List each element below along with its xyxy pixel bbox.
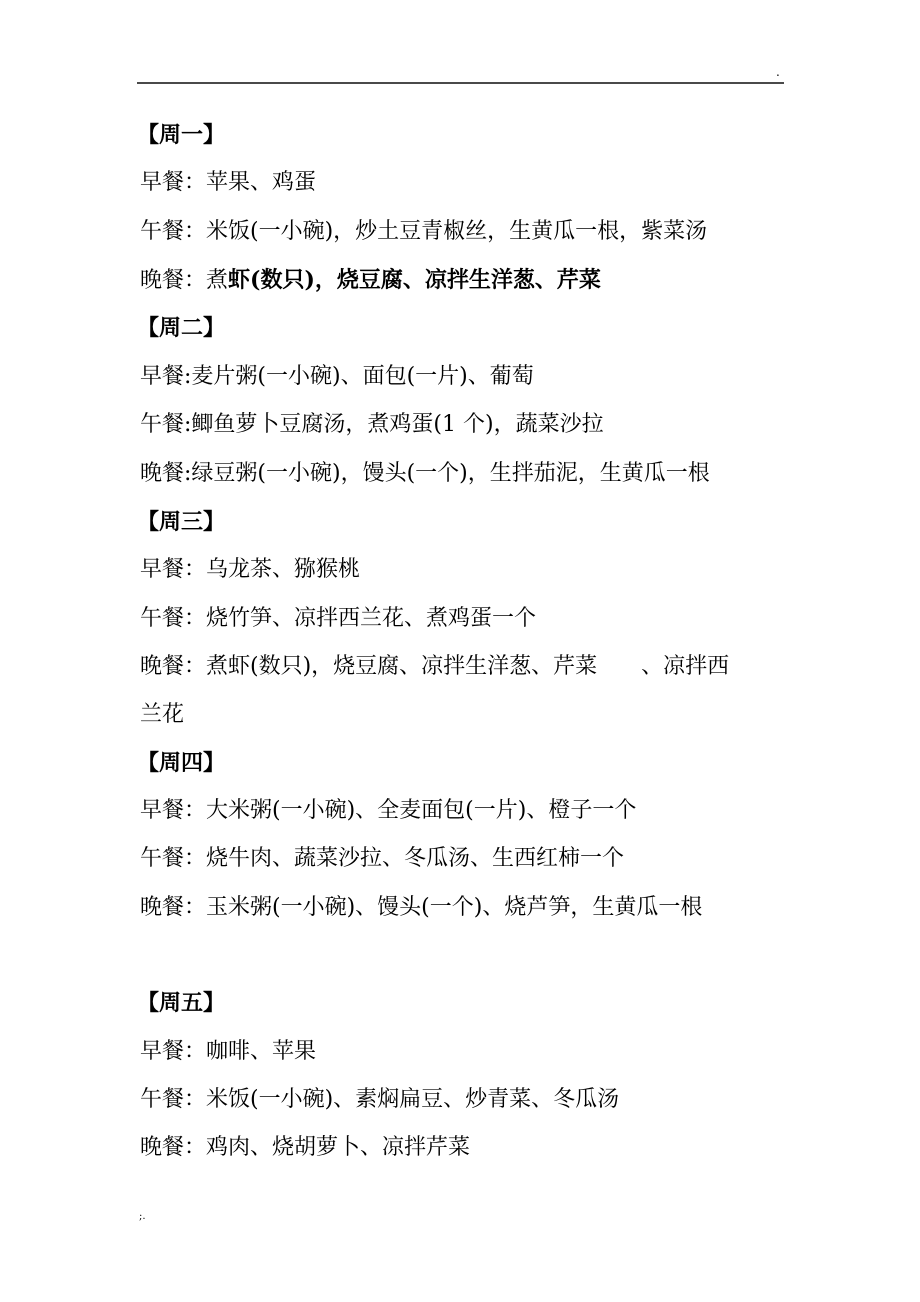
meal-label: 午餐： xyxy=(140,846,206,871)
meal-label: 早餐： xyxy=(140,557,206,582)
meal-text: 苹果、鸡蛋 xyxy=(206,170,316,195)
meal-dinner: 晚餐：玉米粥(一小碗)、馒头(一个)、烧芦笋，生黄瓜一根 xyxy=(140,895,702,921)
meal-text: 麦片粥(一小碗)、面包(一片)、葡萄 xyxy=(191,364,533,389)
meal-breakfast: 早餐:麦片粥(一小碗)、面包(一片)、葡萄 xyxy=(140,364,534,390)
header-rule xyxy=(137,82,784,84)
meal-label: 晚餐： xyxy=(140,654,206,679)
meal-label: 午餐： xyxy=(140,219,206,244)
meal-text: 鲫鱼萝卜豆腐汤，煮鸡蛋(1 个)，蔬菜沙拉 xyxy=(191,412,603,437)
meal-dinner: 晚餐：煮虾(数只)，烧豆腐、凉拌生洋葱、芹菜 xyxy=(140,267,601,294)
meal-label: 午餐： xyxy=(140,606,206,631)
meal-text: 绿豆粥(一小碗)，馒头(一个)，生拌茄泥，生黄瓜一根 xyxy=(191,461,709,486)
meal-label: 晚餐： xyxy=(140,268,206,293)
meal-lunch: 午餐：烧牛肉、蔬菜沙拉、冬瓜汤、生西红柿一个 xyxy=(140,846,624,872)
day-title-friday: 【周五】 xyxy=(137,990,225,1016)
meal-label: 晚餐： xyxy=(140,895,206,920)
day-title-monday: 【周一】 xyxy=(137,122,225,148)
meal-breakfast: 早餐：苹果、鸡蛋 xyxy=(140,170,316,196)
meal-lunch: 午餐:鲫鱼萝卜豆腐汤，煮鸡蛋(1 个)，蔬菜沙拉 xyxy=(140,412,604,438)
meal-text: 煮 xyxy=(206,268,228,293)
meal-label: 晚餐: xyxy=(140,461,191,486)
meal-label: 早餐： xyxy=(140,1039,206,1064)
meal-breakfast: 早餐：乌龙茶、猕猴桃 xyxy=(140,557,360,583)
meal-text: 米饭(一小碗)，炒土豆青椒丝，生黄瓜一根，紫菜汤 xyxy=(206,219,707,244)
day-title-wednesday: 【周三】 xyxy=(137,509,225,535)
meal-label: 早餐: xyxy=(140,364,191,389)
meal-label: 午餐: xyxy=(140,412,191,437)
meal-text: 煮虾(数只)，烧豆腐、凉拌生洋葱、芹菜 、凉拌西 xyxy=(206,654,729,679)
meal-text: 烧牛肉、蔬菜沙拉、冬瓜汤、生西红柿一个 xyxy=(206,846,624,871)
meal-breakfast: 早餐：咖啡、苹果 xyxy=(140,1039,316,1065)
meal-text: 大米粥(一小碗)、全麦面包(一片)、橙子一个 xyxy=(206,798,636,823)
page-footer-mark: ;. xyxy=(139,1212,146,1222)
meal-lunch: 午餐：烧竹笋、凉拌西兰花、煮鸡蛋一个 xyxy=(140,606,536,632)
page-header-mark: . xyxy=(776,66,780,78)
meal-label: 晚餐： xyxy=(140,1135,206,1160)
meal-dinner: 晚餐：鸡肉、烧胡萝卜、凉拌芹菜 xyxy=(140,1135,470,1161)
meal-label: 午餐： xyxy=(140,1087,206,1112)
meal-text: 咖啡、苹果 xyxy=(206,1039,316,1064)
meal-dinner: 晚餐:绿豆粥(一小碗)，馒头(一个)，生拌茄泥，生黄瓜一根 xyxy=(140,461,710,487)
meal-label: 早餐： xyxy=(140,798,206,823)
meal-lunch: 午餐：米饭(一小碗)，炒土豆青椒丝，生黄瓜一根，紫菜汤 xyxy=(140,219,707,245)
meal-text: 米饭(一小碗)、素焖扁豆、炒青菜、冬瓜汤 xyxy=(206,1087,619,1112)
meal-text: 鸡肉、烧胡萝卜、凉拌芹菜 xyxy=(206,1135,470,1160)
meal-text-bold: 虾(数只)，烧豆腐、凉拌生洋葱、芹菜 xyxy=(228,267,601,293)
meal-label: 早餐： xyxy=(140,170,206,195)
day-title-tuesday: 【周二】 xyxy=(137,315,225,341)
meal-breakfast: 早餐：大米粥(一小碗)、全麦面包(一片)、橙子一个 xyxy=(140,798,636,824)
meal-text: 玉米粥(一小碗)、馒头(一个)、烧芦笋，生黄瓜一根 xyxy=(206,895,702,920)
meal-dinner: 晚餐：煮虾(数只)，烧豆腐、凉拌生洋葱、芹菜 、凉拌西 xyxy=(140,654,729,680)
meal-dinner-continued: 兰花 xyxy=(140,702,184,728)
meal-text: 烧竹笋、凉拌西兰花、煮鸡蛋一个 xyxy=(206,606,536,631)
meal-lunch: 午餐：米饭(一小碗)、素焖扁豆、炒青菜、冬瓜汤 xyxy=(140,1087,619,1113)
day-title-thursday: 【周四】 xyxy=(137,750,225,776)
meal-text: 乌龙茶、猕猴桃 xyxy=(206,557,360,582)
